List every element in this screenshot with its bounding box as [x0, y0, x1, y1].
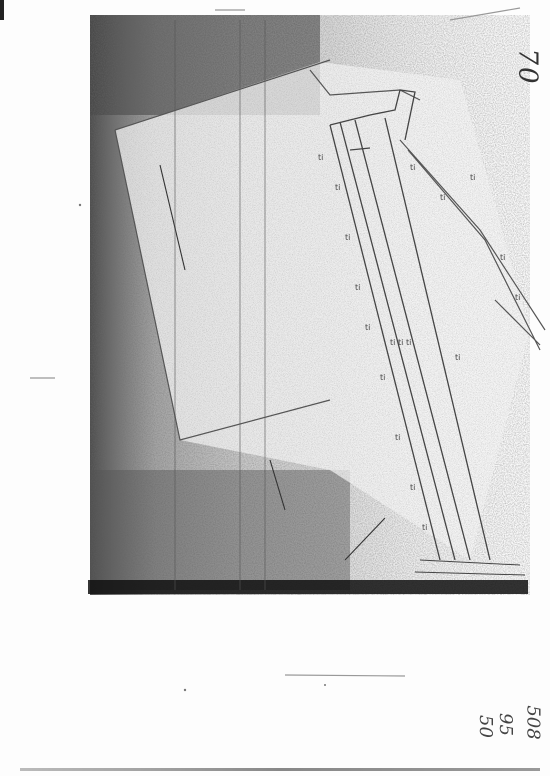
svg-text:ti: ti [365, 323, 370, 332]
svg-text:ti: ti [380, 373, 385, 382]
svg-text:ti: ti [440, 193, 445, 202]
svg-text:ti: ti [470, 173, 475, 182]
svg-text:ti: ti [406, 338, 411, 347]
svg-text:ti: ti [455, 353, 460, 362]
handwritten-number-1: 508 [523, 705, 544, 739]
svg-text:ti: ti [355, 283, 360, 292]
svg-text:ti: ti [395, 433, 400, 442]
page-bottom-edge [20, 768, 540, 771]
survey-plan-scan: tititi tititi tititi tititi tititi titit… [0, 0, 550, 776]
handwritten-number-3: 50 [475, 715, 496, 738]
svg-text:ti: ti [410, 163, 415, 172]
svg-text:ti: ti [410, 483, 415, 492]
svg-text:ti: ti [318, 153, 323, 162]
svg-text:ti: ti [345, 233, 350, 242]
svg-text:ti: ti [422, 523, 427, 532]
svg-text:ti: ti [398, 338, 403, 347]
scan-bottom-edge [88, 580, 528, 594]
svg-text:ti: ti [500, 253, 505, 262]
svg-text:ti: ti [515, 293, 520, 302]
handwritten-number-2: 95 [495, 713, 516, 736]
handwritten-numbers: 508 95 50 [488, 700, 548, 770]
scanned-page: tititi tititi tititi tititi tititi titit… [0, 0, 550, 776]
svg-text:ti: ti [390, 338, 395, 347]
svg-text:ti: ti [335, 183, 340, 192]
handwritten-page-number: 70 [512, 48, 542, 85]
